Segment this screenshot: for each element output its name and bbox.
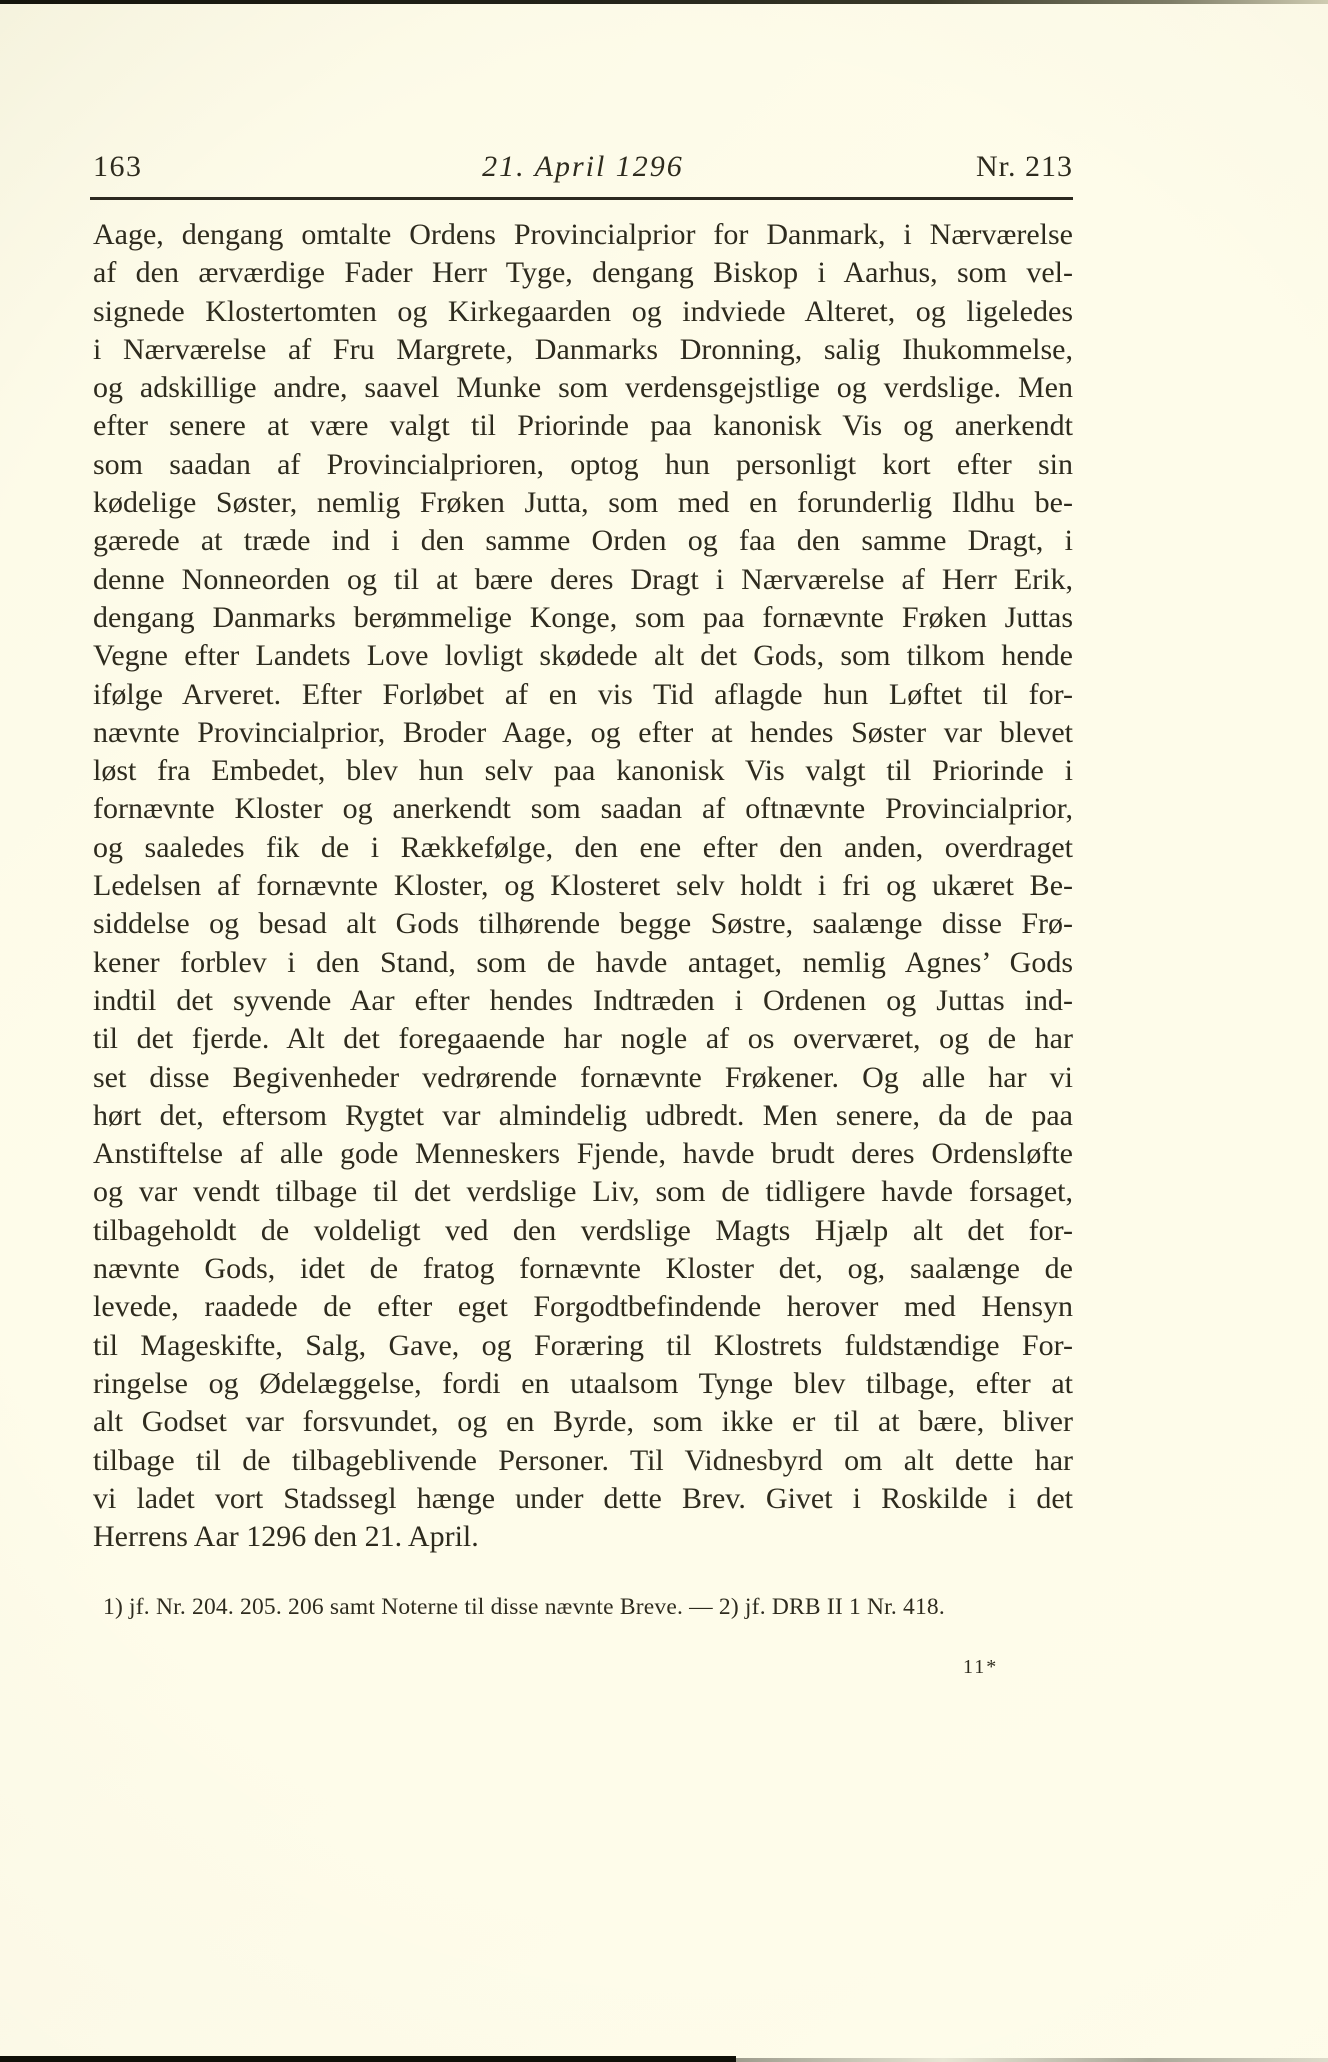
signature-mark: 11* xyxy=(963,1656,998,1679)
body-text-line: siddelse og besad alt Gods tilhørende be… xyxy=(93,905,1073,943)
scan-edge-bottom-faint xyxy=(736,2058,1328,2062)
body-text-line: gærede at træde ind i den samme Orden og… xyxy=(93,522,1073,560)
body-text-line: hørt det, eftersom Rygtet var almindelig… xyxy=(93,1097,1073,1135)
header-date-title: 21. April 1296 xyxy=(482,150,684,184)
body-text-line: nævnte Gods, idet de fratog fornævnte Kl… xyxy=(93,1250,1073,1288)
body-text-line: tilbageholdt de voldeligt ved den verdsl… xyxy=(93,1212,1073,1250)
body-text-line: som saadan af Provincialprioren, optog h… xyxy=(93,446,1073,484)
scan-edge-bottom xyxy=(0,2056,736,2062)
body-text-line: signede Klostertomten og Kirkegaarden og… xyxy=(93,293,1073,331)
body-text-line: Vegne efter Landets Love lovligt skødede… xyxy=(93,637,1073,675)
body-text-line: til Mageskifte, Salg, Gave, og Foræring … xyxy=(93,1327,1073,1365)
body-text-line: løst fra Embedet, blev hun selv paa kano… xyxy=(93,752,1073,790)
body-text-line: kødelige Søster, nemlig Frøken Jutta, so… xyxy=(93,484,1073,522)
book-page: 163 21. April 1296 Nr. 213 Aage, dengang… xyxy=(0,0,1328,2062)
body-text-line: vi ladet vort Stadssegl hænge under dett… xyxy=(93,1480,1073,1518)
body-text-line: set disse Begivenheder vedrørende fornæv… xyxy=(93,1059,1073,1097)
header-rule xyxy=(90,197,1073,200)
body-text-line: af den ærværdige Fader Herr Tyge, dengan… xyxy=(93,254,1073,292)
document-number: Nr. 213 xyxy=(976,150,1073,184)
body-text-line: efter senere at være valgt til Priorinde… xyxy=(93,407,1073,445)
body-text-line: og var vendt tilbage til det verdslige L… xyxy=(93,1173,1073,1211)
body-text: Aage, dengang omtalte Ordens Provincialp… xyxy=(93,216,1073,1556)
body-text-line: i Nærværelse af Fru Margrete, Danmarks D… xyxy=(93,331,1073,369)
footnote: 1) jf. Nr. 204. 205. 206 samt Noterne ti… xyxy=(103,1594,1078,1621)
body-text-line: Aage, dengang omtalte Ordens Provincialp… xyxy=(93,216,1073,254)
body-text-line: tilbage til de tilbageblivende Personer.… xyxy=(93,1442,1073,1480)
scan-edge-top xyxy=(0,0,1328,4)
body-text-line: levede, raadede de efter eget Forgodtbef… xyxy=(93,1288,1073,1326)
body-text-line: Anstiftelse af alle gode Menneskers Fjen… xyxy=(93,1135,1073,1173)
body-text-line: indtil det syvende Aar efter hendes Indt… xyxy=(93,982,1073,1020)
body-text-line: Ledelsen af fornævnte Kloster, og Kloste… xyxy=(93,867,1073,905)
page-header: 163 21. April 1296 Nr. 213 xyxy=(93,150,1073,190)
body-text-line: fornævnte Kloster og anerkendt som saada… xyxy=(93,790,1073,828)
body-text-line: dengang Danmarks berømmelige Konge, som … xyxy=(93,599,1073,637)
page-number: 163 xyxy=(93,150,143,184)
body-text-line: til det fjerde. Alt det foregaaende har … xyxy=(93,1020,1073,1058)
body-text-line: denne Nonneorden og til at bære deres Dr… xyxy=(93,561,1073,599)
body-text-line: alt Godset var forsvundet, og en Byrde, … xyxy=(93,1403,1073,1441)
body-text-line: ifølge Arveret. Efter Forløbet af en vis… xyxy=(93,676,1073,714)
body-text-line: og saaledes fik de i Rækkefølge, den ene… xyxy=(93,829,1073,867)
body-text-line: nævnte Provincialprior, Broder Aage, og … xyxy=(93,714,1073,752)
body-text-line: og adskillige andre, saavel Munke som ve… xyxy=(93,369,1073,407)
body-text-line: kener forblev i den Stand, som de havde … xyxy=(93,944,1073,982)
body-text-line: ringelse og Ødelæggelse, fordi en utaals… xyxy=(93,1365,1073,1403)
body-text-line: Herrens Aar 1296 den 21. April. xyxy=(93,1518,1073,1556)
